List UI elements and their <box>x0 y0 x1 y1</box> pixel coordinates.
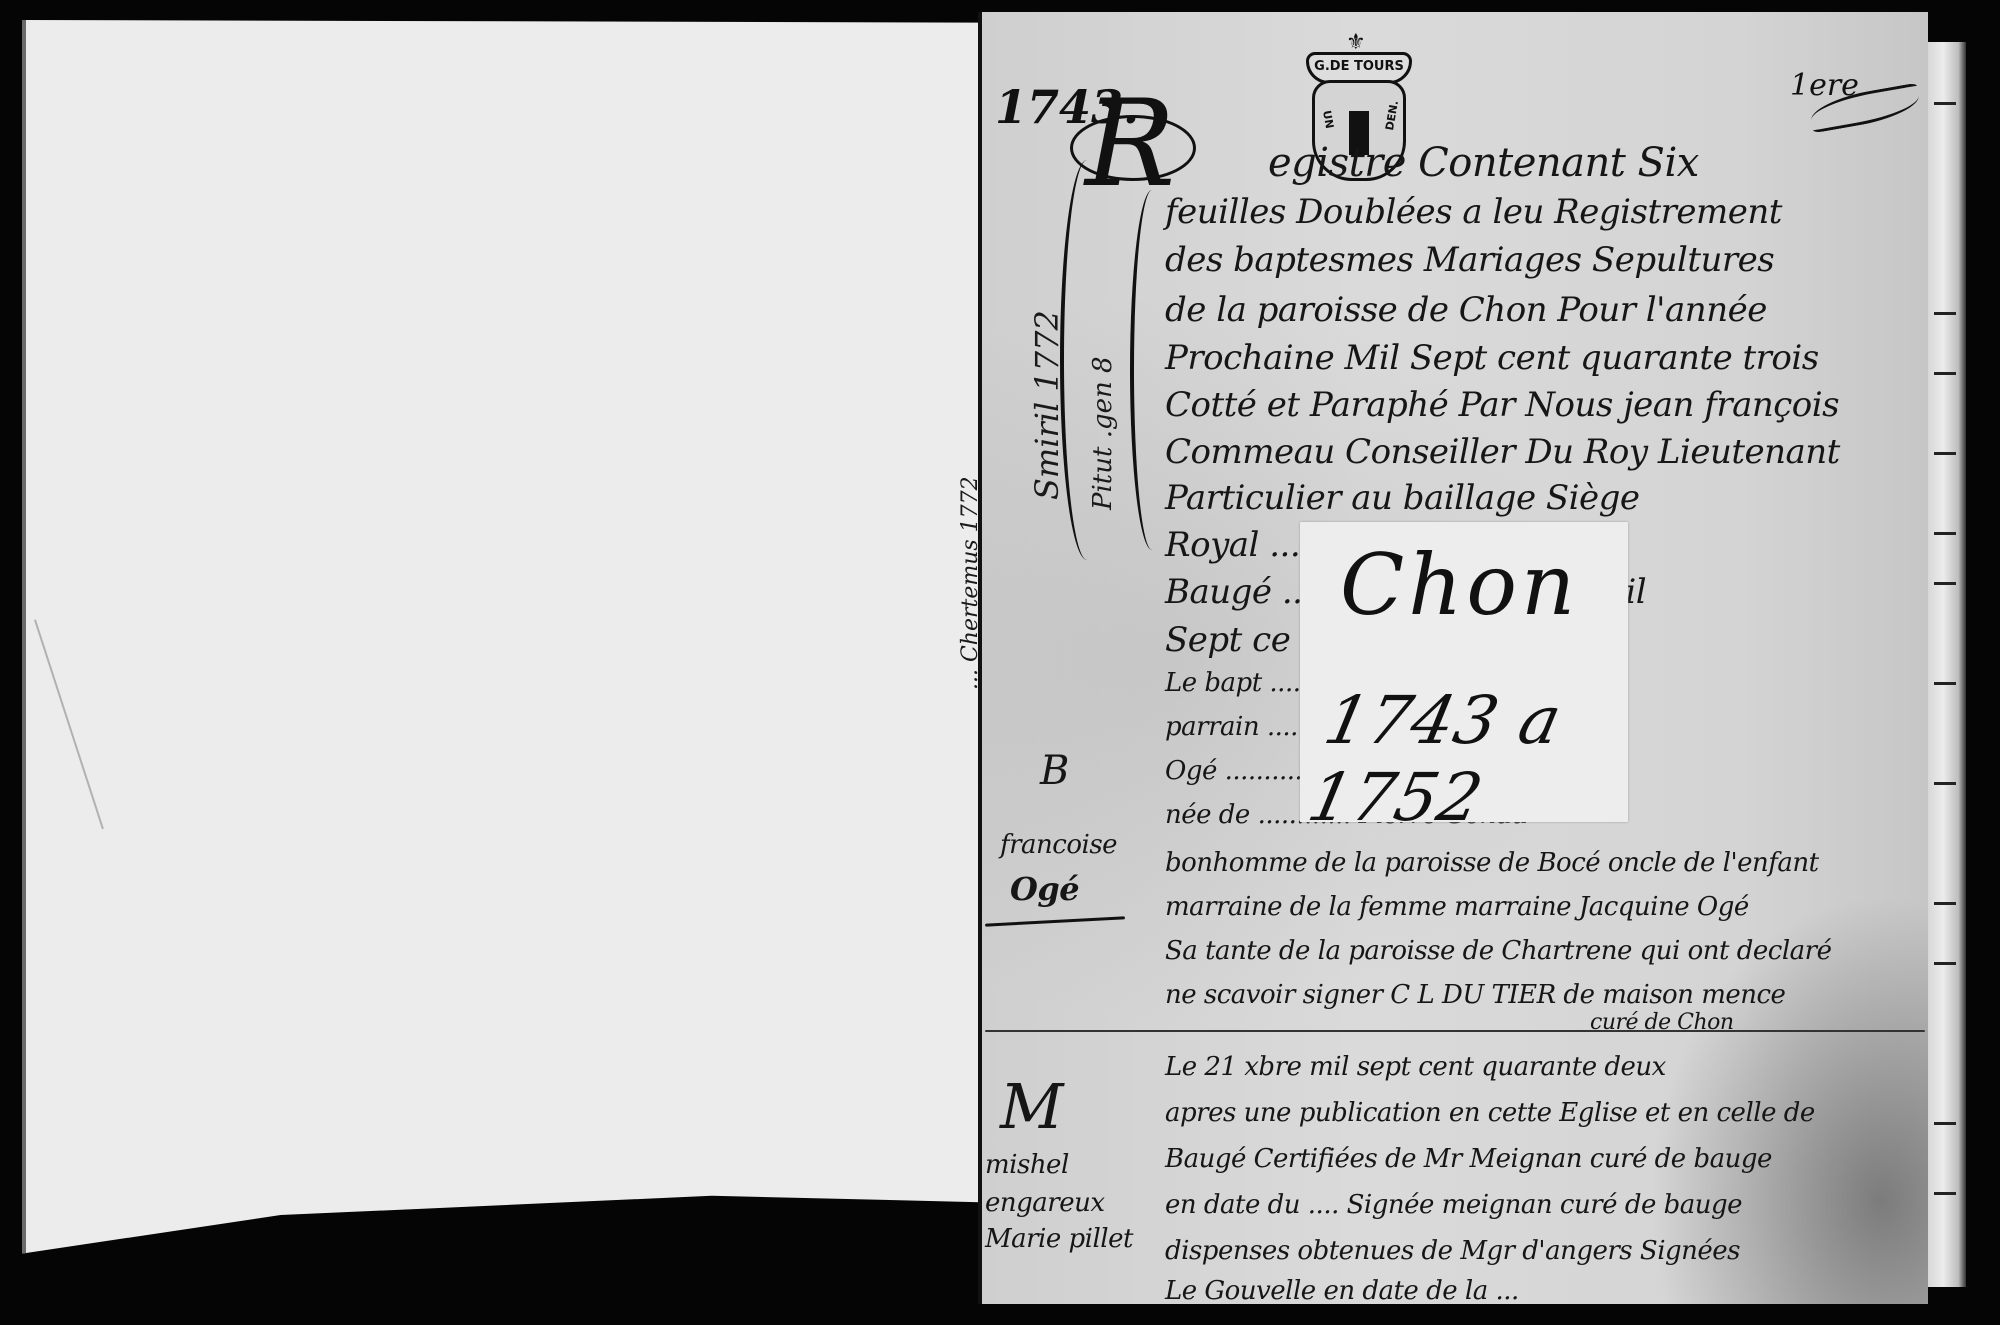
margin-brace <box>1060 160 1114 560</box>
text-line: Particulier au baillage Siège <box>1165 478 1640 518</box>
next-page-edge <box>1928 42 1966 1287</box>
margin-surname: Ogé <box>1010 870 1079 908</box>
stamp-right-text: DEN. <box>1383 100 1401 132</box>
text-line: Baugé Certifiées de Mr Meignan curé de b… <box>1165 1144 1772 1174</box>
margin-name: Marie pillet <box>985 1224 1133 1254</box>
parish-name: Chon <box>1340 536 1579 634</box>
text-line: de la paroisse de Chon Pour l'année <box>1165 290 1767 330</box>
margin-name: engareux <box>985 1188 1105 1218</box>
entry-type-baptism: B <box>1040 748 1069 794</box>
text-line: en date du .... Signée meignan curé de b… <box>1165 1190 1742 1220</box>
text-line: Prochaine Mil Sept cent quarante trois <box>1165 338 1819 378</box>
text-line: marraine de la femme marraine Jacquine O… <box>1165 892 1749 922</box>
text-line: Le 21 xbre mil sept cent quarante deux <box>1165 1052 1666 1082</box>
vertical-margin-note: ... Chertemus 1772 <box>958 476 983 690</box>
text-line: Cotté et Paraphé Par Nous jean françois <box>1165 385 1839 425</box>
paper-crease <box>34 619 104 829</box>
text-line: bonhomme de la paroisse de Bocé oncle de… <box>1165 848 1819 878</box>
text-line: Sa tante de la paroisse de Chartrene qui… <box>1165 936 1831 966</box>
text-line: egistre Contenant Six <box>1268 140 1699 186</box>
stamp-left-text: UN <box>1320 109 1336 129</box>
text-line: apres une publication en cette Eglise et… <box>1165 1098 1815 1128</box>
text-line: Commeau Conseiller Du Roy Lieutenant <box>1165 432 1840 472</box>
entry-type-marriage: M <box>1000 1070 1063 1143</box>
text-line: Le Gouvelle en date de la ... <box>1165 1276 1519 1306</box>
text-line: feuilles Doublées a leu Registrement <box>1165 192 1782 232</box>
margin-name: mishel <box>985 1150 1069 1180</box>
document-scan: 1743. ⚜ G.DE TOURS UN DEN. 1ere R egistr… <box>0 0 2000 1325</box>
archive-label-card: Chon 1743 a 1752 <box>1300 522 1628 822</box>
text-line: dispenses obtenues de Mgr d'angers Signé… <box>1165 1236 1740 1266</box>
margin-brace <box>1130 190 1174 550</box>
margin-name: francoise <box>1000 830 1117 860</box>
text-line: des baptesmes Mariages Sepultures <box>1165 240 1774 280</box>
entry-separator <box>985 1030 1925 1032</box>
text-line: ne scavoir signer C L DU TIER de maison … <box>1165 980 1785 1010</box>
year-range: 1743 a 1752 <box>1302 682 1645 836</box>
left-page-blank <box>22 20 980 1305</box>
